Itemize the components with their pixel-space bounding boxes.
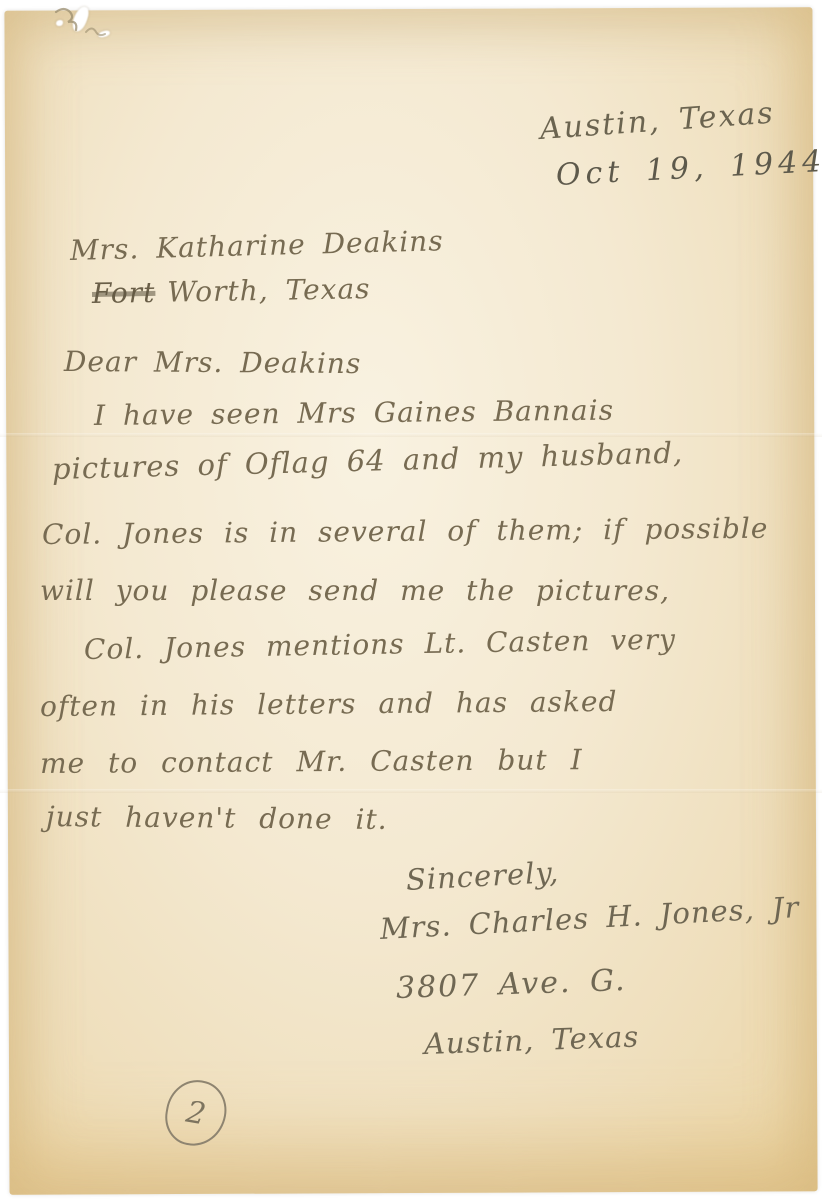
body-line: I have seen Mrs Gaines Bannais	[94, 394, 614, 432]
recipient-city: Worth, Texas	[167, 272, 371, 309]
recipient-city-line: FortWorth, Texas	[92, 272, 371, 310]
body-line: Col. Jones is in several of them; if pos…	[42, 512, 769, 551]
body-line: me to contact Mr. Casten but I	[40, 743, 583, 780]
struck-word: Fort	[92, 276, 156, 310]
body-line: will you please send me the pictures,	[40, 574, 670, 607]
pencil-scribble-mark	[48, 2, 138, 46]
salutation: Dear Mrs. Deakins	[64, 345, 361, 380]
body-line: often in his letters and has asked	[40, 685, 618, 723]
body-line: just haven't done it.	[46, 800, 388, 836]
scanned-letter-page: Austin, Texas Oct 19, 1944 Mrs. Katharin…	[0, 0, 822, 1200]
page-number: 2	[184, 1094, 209, 1132]
